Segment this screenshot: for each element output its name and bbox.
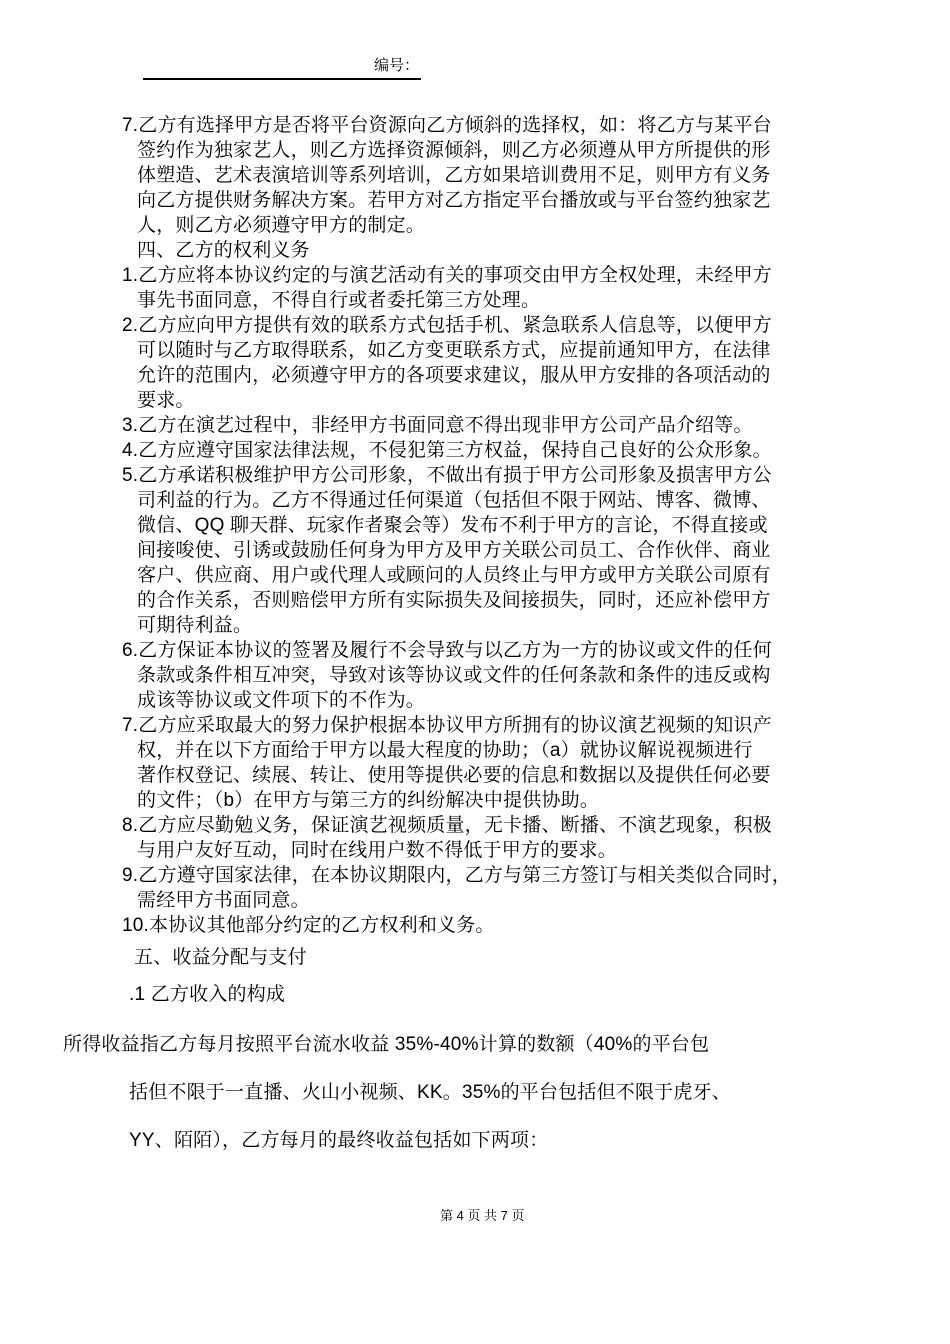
clause-4-7: 7.乙方应采取最大的努力保护根据本协议甲方所拥有的协议演艺视频的知识产 权，并在… xyxy=(137,713,837,813)
income-composition-paragraph: 所得收益指乙方每月按照平台流水收益 35%-40%计算的数额（40%的平台包 括… xyxy=(129,1021,837,1165)
section-4-heading: 四、乙方的权利义务 xyxy=(137,238,837,263)
clause-4-2: 2.乙方应向甲方提供有效的联系方式包括手机、紧急联系人信息等，以便甲方 可以随时… xyxy=(137,313,837,413)
section-5-heading: 五、收益分配与支付 xyxy=(134,945,837,970)
document-page: 编号： 7.乙方有选择甲方是否将平台资源向乙方倾斜的选择权，如：将乙方与某平台 … xyxy=(0,0,950,1344)
clause-4-1: 1.乙方应将本协议约定的与演艺活动有关的事项交由甲方全权处理，未经甲方 事先书面… xyxy=(137,263,837,313)
clause-3-7: 7.乙方有选择甲方是否将平台资源向乙方倾斜的选择权，如：将乙方与某平台 签约作为… xyxy=(137,113,837,238)
page-number: 第 4 页 共 7 页 xyxy=(440,1208,525,1223)
page-footer: 第 4 页 共 7 页 xyxy=(0,1190,950,1239)
section-5-1-subheading: .1 乙方收入的构成 xyxy=(129,982,837,1007)
reference-number-label: 编号： xyxy=(374,57,421,74)
clause-4-10: 10.本协议其他部分约定的乙方权利和义务。 xyxy=(137,913,837,938)
clause-4-5: 5.乙方承诺积极维护甲方公司形象，不做出有损于甲方公司形象及损害甲方公 司利益的… xyxy=(137,463,837,638)
reference-number-field: 编号： xyxy=(143,54,421,80)
clause-4-6: 6.乙方保证本协议的签署及履行不会导致与以乙方为一方的协议或文件的任何 条款或条… xyxy=(137,638,837,713)
clause-4-8: 8.乙方应尽勤勉义务，保证演艺视频质量，无卡播、断播、不演艺现象，积极 与用户友… xyxy=(137,813,837,863)
clause-4-3: 3.乙方在演艺过程中，非经甲方书面同意不得出现非甲方公司产品介绍等。 xyxy=(137,413,837,438)
clause-4-4: 4.乙方应遵守国家法律法规，不侵犯第三方权益，保持自己良好的公众形象。 xyxy=(137,438,837,463)
document-body: 7.乙方有选择甲方是否将平台资源向乙方倾斜的选择权，如：将乙方与某平台 签约作为… xyxy=(137,113,837,1165)
clause-4-9: 9.乙方遵守国家法律，在本协议期限内，乙方与第三方签订与相关类似合同时， 需经甲… xyxy=(137,863,837,913)
